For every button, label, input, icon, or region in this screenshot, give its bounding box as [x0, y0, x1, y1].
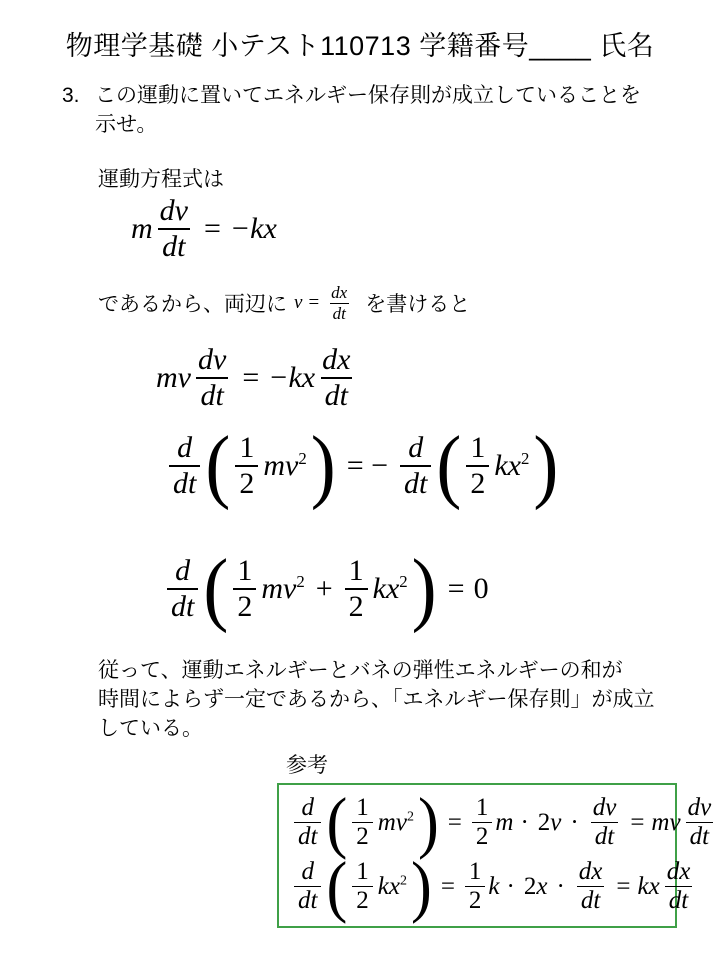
fraction-denominator: dt [665, 886, 692, 915]
fraction-denominator: 2 [345, 588, 368, 624]
fraction-denominator: 2 [352, 822, 373, 851]
conclusion-line: している。 [98, 714, 655, 743]
fraction-denominator: 2 [472, 822, 493, 851]
fraction-numerator: dv [684, 794, 716, 822]
fraction-one-half: 12 [465, 858, 486, 915]
superscript: 2 [400, 873, 407, 888]
rhs-term: −kx [230, 212, 277, 246]
left-paren: ( [326, 857, 347, 915]
superscript: 2 [298, 449, 306, 468]
variable: v [550, 809, 561, 836]
sentence-pre: であるから、両辺に [98, 288, 287, 318]
problem-number: 3. [62, 81, 88, 139]
term-base: kx [494, 449, 521, 482]
fraction-one-half: 12 [345, 554, 368, 623]
fraction-denominator: dt [321, 377, 352, 413]
fraction-numerator: 1 [466, 431, 489, 465]
term-kx-squared: kx2 [494, 449, 529, 483]
plus-sign: + [316, 572, 333, 606]
fraction-denominator: dt [196, 377, 227, 413]
fraction-dx-dt: dxdt [663, 858, 695, 915]
conclusion-line: 時間によらず一定であるから、「エネルギー保存則」が成立 [98, 685, 655, 714]
fraction-dx-dt: dxdt [575, 858, 607, 915]
rhs-term: −kx [268, 361, 315, 395]
fraction-one-half: 12 [235, 431, 258, 500]
variable-v: v [294, 292, 302, 314]
zero: 0 [474, 572, 489, 606]
coefficient-2: 2 [524, 873, 537, 900]
fraction-dv-dt: dvdt [156, 194, 192, 263]
multiplication-dot: · [570, 809, 578, 837]
fraction-denominator: dt [169, 465, 200, 501]
fraction-numerator: dx [663, 858, 695, 886]
fraction-numerator: 1 [465, 858, 486, 886]
fraction-denominator: 2 [466, 465, 489, 501]
coefficient-2: 2 [538, 809, 551, 836]
left-paren: ( [436, 431, 461, 501]
term-kx-squared: kx2 [378, 873, 407, 901]
equals-sign: = [616, 873, 630, 901]
fraction-numerator: d [171, 554, 194, 588]
fraction-numerator: dx [318, 343, 354, 377]
multiplication-dot: · [507, 873, 515, 901]
conclusion-line: 従って、運動エネルギーとバネの弾性エネルギーの和が [98, 656, 655, 685]
fraction-dx-dt: dxdt [318, 343, 354, 412]
fraction-d-dt: ddt [400, 431, 431, 500]
superscript: 2 [399, 572, 407, 591]
fraction-numerator: d [404, 431, 427, 465]
fraction-numerator: dx [575, 858, 607, 886]
fraction-denominator: 2 [352, 886, 373, 915]
right-paren: ) [412, 554, 437, 624]
term-kx-squared: kx2 [373, 572, 408, 606]
term-base: kx [378, 873, 400, 900]
equation-of-motion-label: 運動方程式は [98, 163, 224, 193]
fraction-denominator: 2 [465, 886, 486, 915]
variable: x [536, 873, 547, 900]
fraction-numerator: 1 [352, 794, 373, 822]
fraction-one-half: 12 [472, 794, 493, 851]
fraction-one-half: 12 [352, 794, 373, 851]
fraction-denominator: dt [294, 886, 321, 915]
fraction-denominator: 2 [233, 588, 256, 624]
term-base: mv [378, 809, 407, 836]
equals-sign: = [242, 361, 259, 395]
reference-label: 参考 [286, 749, 328, 779]
fraction-denominator: dt [577, 886, 604, 915]
right-paren: ) [533, 431, 558, 501]
term-mv-squared: mv2 [263, 449, 306, 483]
sentence-post: を書けると [365, 288, 470, 318]
term-base: mv [261, 572, 296, 605]
fraction-d-dt: ddt [169, 431, 200, 500]
term-base: kx [373, 572, 400, 605]
fraction-denominator: dt [167, 588, 198, 624]
left-paren: ( [205, 431, 230, 501]
factor-2v: 2v [538, 809, 562, 837]
fraction-denominator: dt [158, 228, 189, 264]
superscript: 2 [296, 572, 304, 591]
term-mv-squared: mv2 [261, 572, 304, 606]
coefficient: m [131, 212, 153, 246]
fraction-denominator: dt [294, 822, 321, 851]
substitution-sentence: であるから、両辺に v = dxdt を書けると [98, 283, 470, 323]
inline-equation-v: v = dxdt [294, 283, 353, 323]
factor-2x: 2x [524, 873, 548, 901]
fraction-numerator: d [297, 794, 318, 822]
term-base: mv [263, 449, 298, 482]
equals-sign: = [308, 292, 319, 314]
fraction-numerator: dv [156, 194, 192, 228]
equals-sign: = [448, 809, 462, 837]
right-paren: ) [411, 857, 432, 915]
superscript: 2 [407, 809, 414, 824]
fraction-numerator: d [173, 431, 196, 465]
equals-minus-sign: = − [347, 449, 388, 483]
coefficient: mv [156, 361, 191, 395]
fraction-dv-dt: dvdt [194, 343, 230, 412]
superscript: 2 [521, 449, 529, 468]
equals-sign: = [630, 809, 644, 837]
fraction-denominator: dt [686, 822, 713, 851]
page-title: 物理学基礎 小テスト110713 学籍番号____ 氏名 [0, 24, 720, 63]
fraction-denominator: 2 [235, 465, 258, 501]
coefficient: mv [651, 809, 680, 837]
coefficient: kx [638, 873, 660, 901]
fraction-denominator: dt [591, 822, 618, 851]
equation-multiplied: mv dvdt = −kx dxdt [156, 343, 357, 412]
equals-sign: = [441, 873, 455, 901]
equation-newton: m dvdt = −kx [131, 194, 277, 263]
fraction-numerator: dv [194, 343, 230, 377]
fraction-d-dt: ddt [294, 794, 321, 851]
reference-equation-elastic: ddt ( 12 kx2 ) = 12 k · 2x · dxdt = kx d… [291, 858, 663, 915]
fraction-numerator: 1 [233, 554, 256, 588]
fraction-one-half: 12 [466, 431, 489, 500]
equals-sign: = [204, 212, 221, 246]
equals-sign: = [448, 572, 465, 606]
fraction-numerator: 1 [235, 431, 258, 465]
equation-energy-derivatives: ddt ( 12 mv2 ) = − ddt ( 12 kx2 ) [166, 431, 560, 500]
fraction-numerator: 1 [345, 554, 368, 588]
fraction-one-half: 12 [233, 554, 256, 623]
document-page: 物理学基礎 小テスト110713 学籍番号____ 氏名 3. この運動に置いて… [0, 0, 720, 960]
reference-equation-kinetic: ddt ( 12 mv2 ) = 12 m · 2v · dvdt = mv d… [291, 794, 663, 851]
fraction-one-half: 12 [352, 858, 373, 915]
multiplication-dot: · [520, 809, 528, 837]
fraction-d-dt: ddt [167, 554, 198, 623]
equation-conservation: ddt ( 12 mv2 + 12 kx2 ) = 0 [164, 554, 489, 623]
reference-box: ddt ( 12 mv2 ) = 12 m · 2v · dvdt = mv d… [277, 783, 677, 928]
fraction-denominator: dt [330, 303, 349, 324]
left-paren: ( [203, 554, 228, 624]
fraction-denominator: dt [400, 465, 431, 501]
left-paren: ( [326, 793, 347, 851]
problem-text: この運動に置いてエネルギー保存則が成立していることを 示せ。 [95, 81, 641, 139]
fraction-dx-dt: dxdt [328, 283, 350, 323]
term-mv-squared: mv2 [378, 809, 414, 837]
problem-line: 示せ。 [95, 110, 641, 139]
fraction-dv-dt: dvdt [589, 794, 621, 851]
fraction-numerator: dv [589, 794, 621, 822]
factor-m: m [495, 809, 513, 837]
problem-item: 3. この運動に置いてエネルギー保存則が成立していることを 示せ。 [62, 81, 641, 139]
multiplication-dot: · [556, 873, 564, 901]
factor-k: k [488, 873, 499, 901]
right-paren: ) [418, 793, 439, 851]
fraction-numerator: dx [328, 283, 350, 303]
fraction-d-dt: ddt [294, 858, 321, 915]
problem-line: この運動に置いてエネルギー保存則が成立していることを [95, 81, 641, 110]
right-paren: ) [311, 431, 336, 501]
fraction-numerator: 1 [472, 794, 493, 822]
fraction-dv-dt: dvdt [684, 794, 716, 851]
fraction-numerator: 1 [352, 858, 373, 886]
fraction-numerator: d [297, 858, 318, 886]
conclusion-paragraph: 従って、運動エネルギーとバネの弾性エネルギーの和が 時間によらず一定であるから、… [98, 656, 655, 743]
